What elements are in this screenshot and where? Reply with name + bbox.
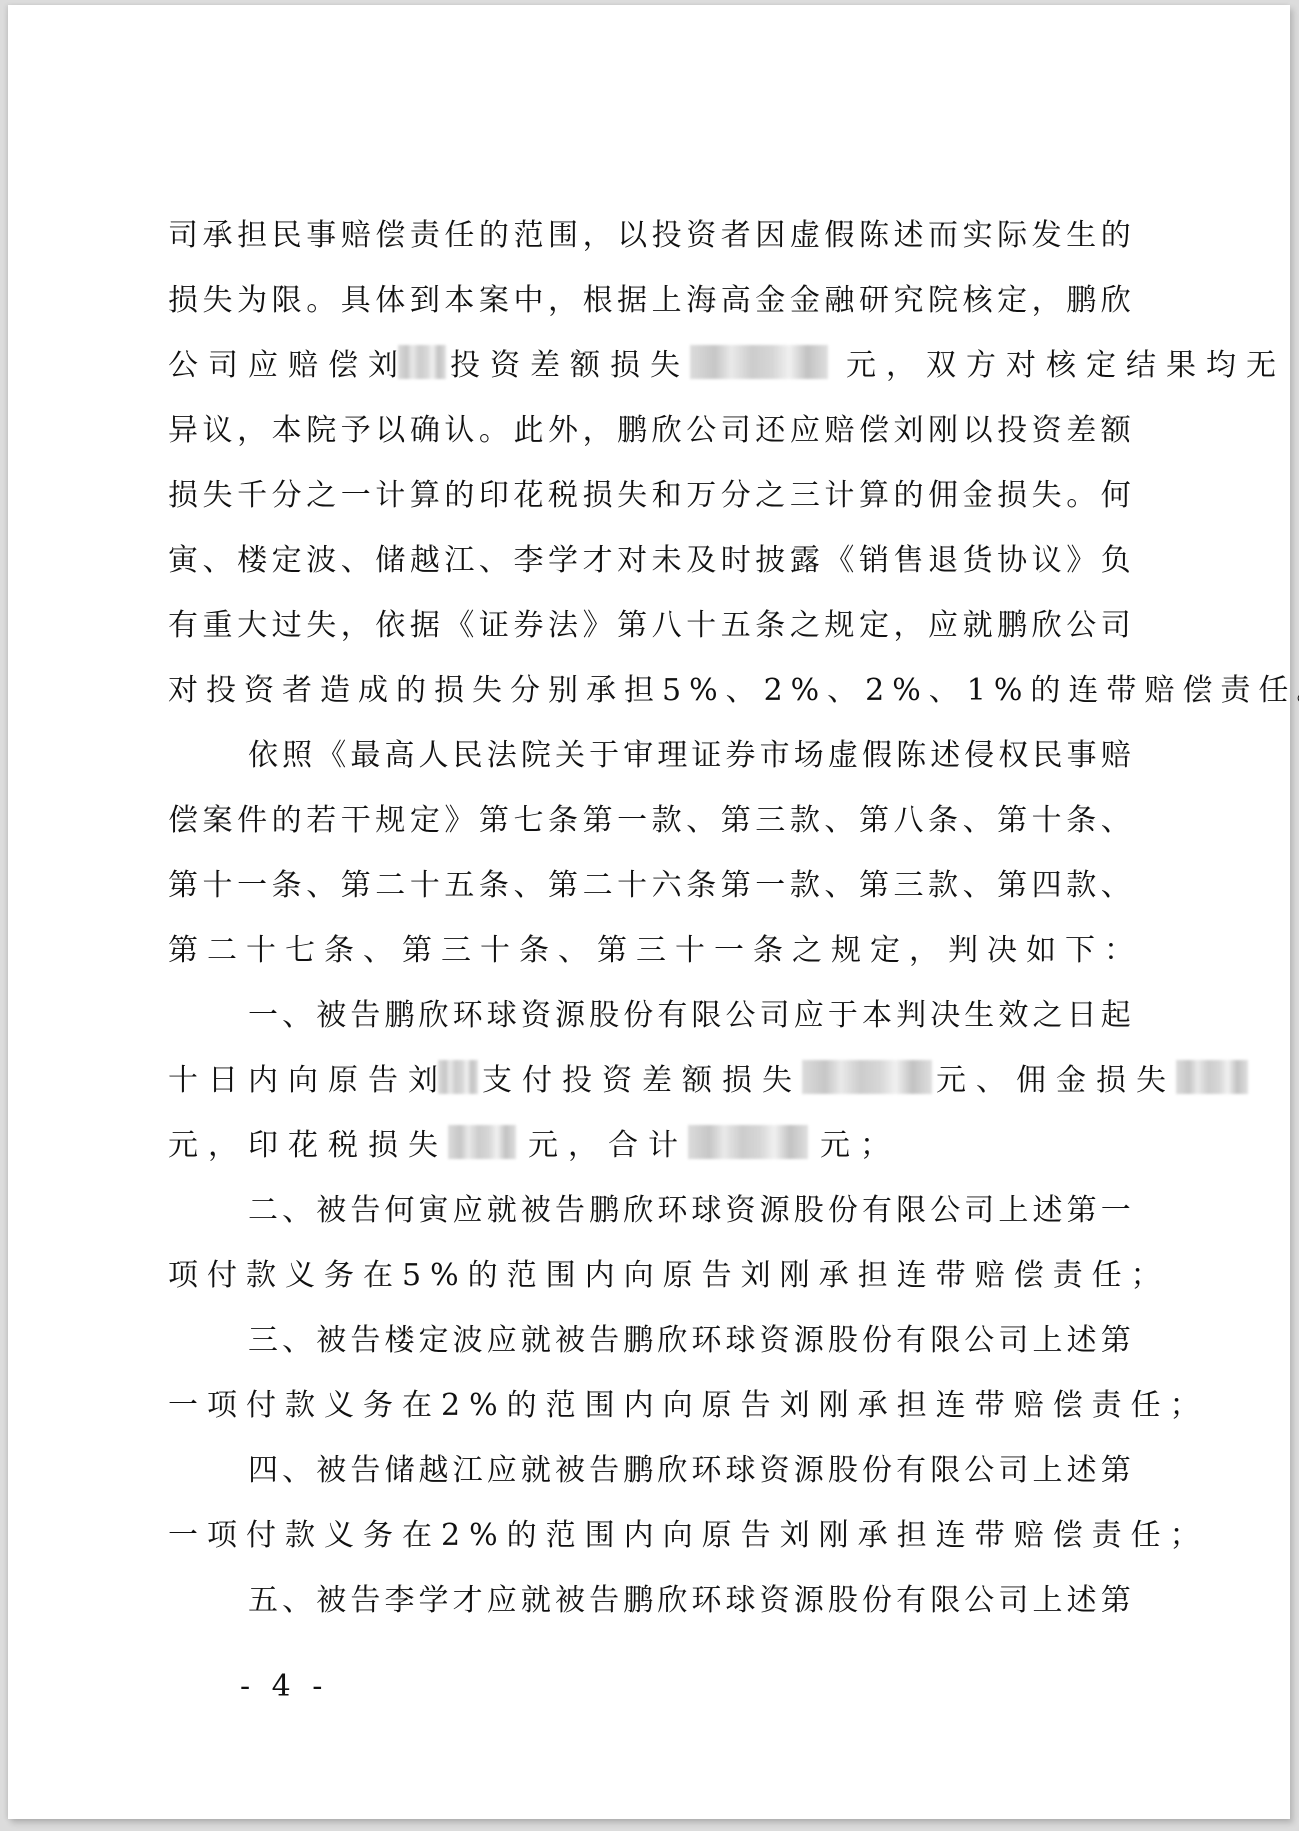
text-line: 损失千分之一计算的印花税损失和万分之三计算的佣金损失。何	[168, 472, 1131, 512]
text-segment: 公司应赔偿刘	[168, 340, 408, 384]
text-segment: 支付投资差额损失	[482, 1055, 802, 1099]
text-line: 司承担民事赔偿责任的范围，以投资者因虚假陈述而实际发生的	[168, 212, 1131, 252]
text-line: 第十一条、第二十五条、第二十六条第一款、第三款、第四款、	[168, 862, 1131, 902]
redacted-name	[438, 1060, 478, 1094]
text-segment: 投资差额损失	[450, 340, 690, 384]
text-segment: 元，合计	[528, 1120, 688, 1164]
text-line: 对投资者造成的损失分别承担5%、2%、2%、1%的连带赔偿责任。	[168, 667, 1299, 707]
text-segment: 元、佣金损失	[936, 1055, 1176, 1099]
text-segment: 十日内向原告刘	[168, 1055, 448, 1099]
text-line: 偿案件的若干规定》第七条第一款、第三款、第八条、第十条、	[168, 797, 1131, 837]
judgment-item-3: 三、被告楼定波应就被告鹏欣环球资源股份有限公司上述第	[248, 1317, 1131, 1357]
text-segment: 元；	[820, 1120, 900, 1164]
redacted-amount	[802, 1060, 932, 1094]
redacted-amount	[690, 345, 828, 379]
text-segment: 元，双方对核定结果均无	[846, 340, 1286, 384]
redacted-name	[398, 345, 446, 379]
text-line: 第二十七条、第三十条、第三十一条之规定，判决如下：	[168, 927, 1143, 967]
text-line: 有重大过失，依据《证券法》第八十五条之规定，应就鹏欣公司	[168, 602, 1131, 642]
redacted-amount	[688, 1125, 808, 1159]
judgment-item-5: 五、被告李学才应就被告鹏欣环球资源股份有限公司上述第	[248, 1577, 1131, 1617]
text-line: 一项付款义务在2%的范围内向原告刘刚承担连带赔偿责任；	[168, 1512, 1209, 1552]
text-line: 元，印花税损失 元，合计 元；	[168, 1122, 900, 1162]
text-line: 一项付款义务在2%的范围内向原告刘刚承担连带赔偿责任；	[168, 1382, 1209, 1422]
judgment-item-4: 四、被告储越江应就被告鹏欣环球资源股份有限公司上述第	[248, 1447, 1131, 1487]
judgment-item-2: 二、被告何寅应就被告鹏欣环球资源股份有限公司上述第一	[248, 1187, 1131, 1227]
text-line: 公司应赔偿刘 投资差额损失 元，双方对核定结果均无	[168, 342, 1286, 382]
page-number: - 4 -	[240, 1669, 328, 1704]
text-line: 异议，本院予以确认。此外，鹏欣公司还应赔偿刘刚以投资差额	[168, 407, 1131, 447]
text-line: 项付款义务在5%的范围内向原告刘刚承担连带赔偿责任；	[168, 1252, 1170, 1292]
text-line: 损失为限。具体到本案中，根据上海高金金融研究院核定，鹏欣	[168, 277, 1131, 317]
text-line: 十日内向原告刘 支付投资差额损失 元、佣金损失	[168, 1057, 1248, 1097]
document-page: 司承担民事赔偿责任的范围，以投资者因虚假陈述而实际发生的 损失为限。具体到本案中…	[8, 5, 1290, 1819]
text-line: 依照《最高人民法院关于审理证券市场虚假陈述侵权民事赔	[248, 732, 1131, 772]
text-segment: 元，印花税损失	[168, 1120, 448, 1164]
redacted-amount	[448, 1125, 516, 1159]
judgment-item-1: 一、被告鹏欣环球资源股份有限公司应于本判决生效之日起	[248, 992, 1131, 1032]
text-line: 寅、楼定波、储越江、李学才对未及时披露《销售退货协议》负	[168, 537, 1131, 577]
redacted-amount	[1176, 1060, 1248, 1094]
